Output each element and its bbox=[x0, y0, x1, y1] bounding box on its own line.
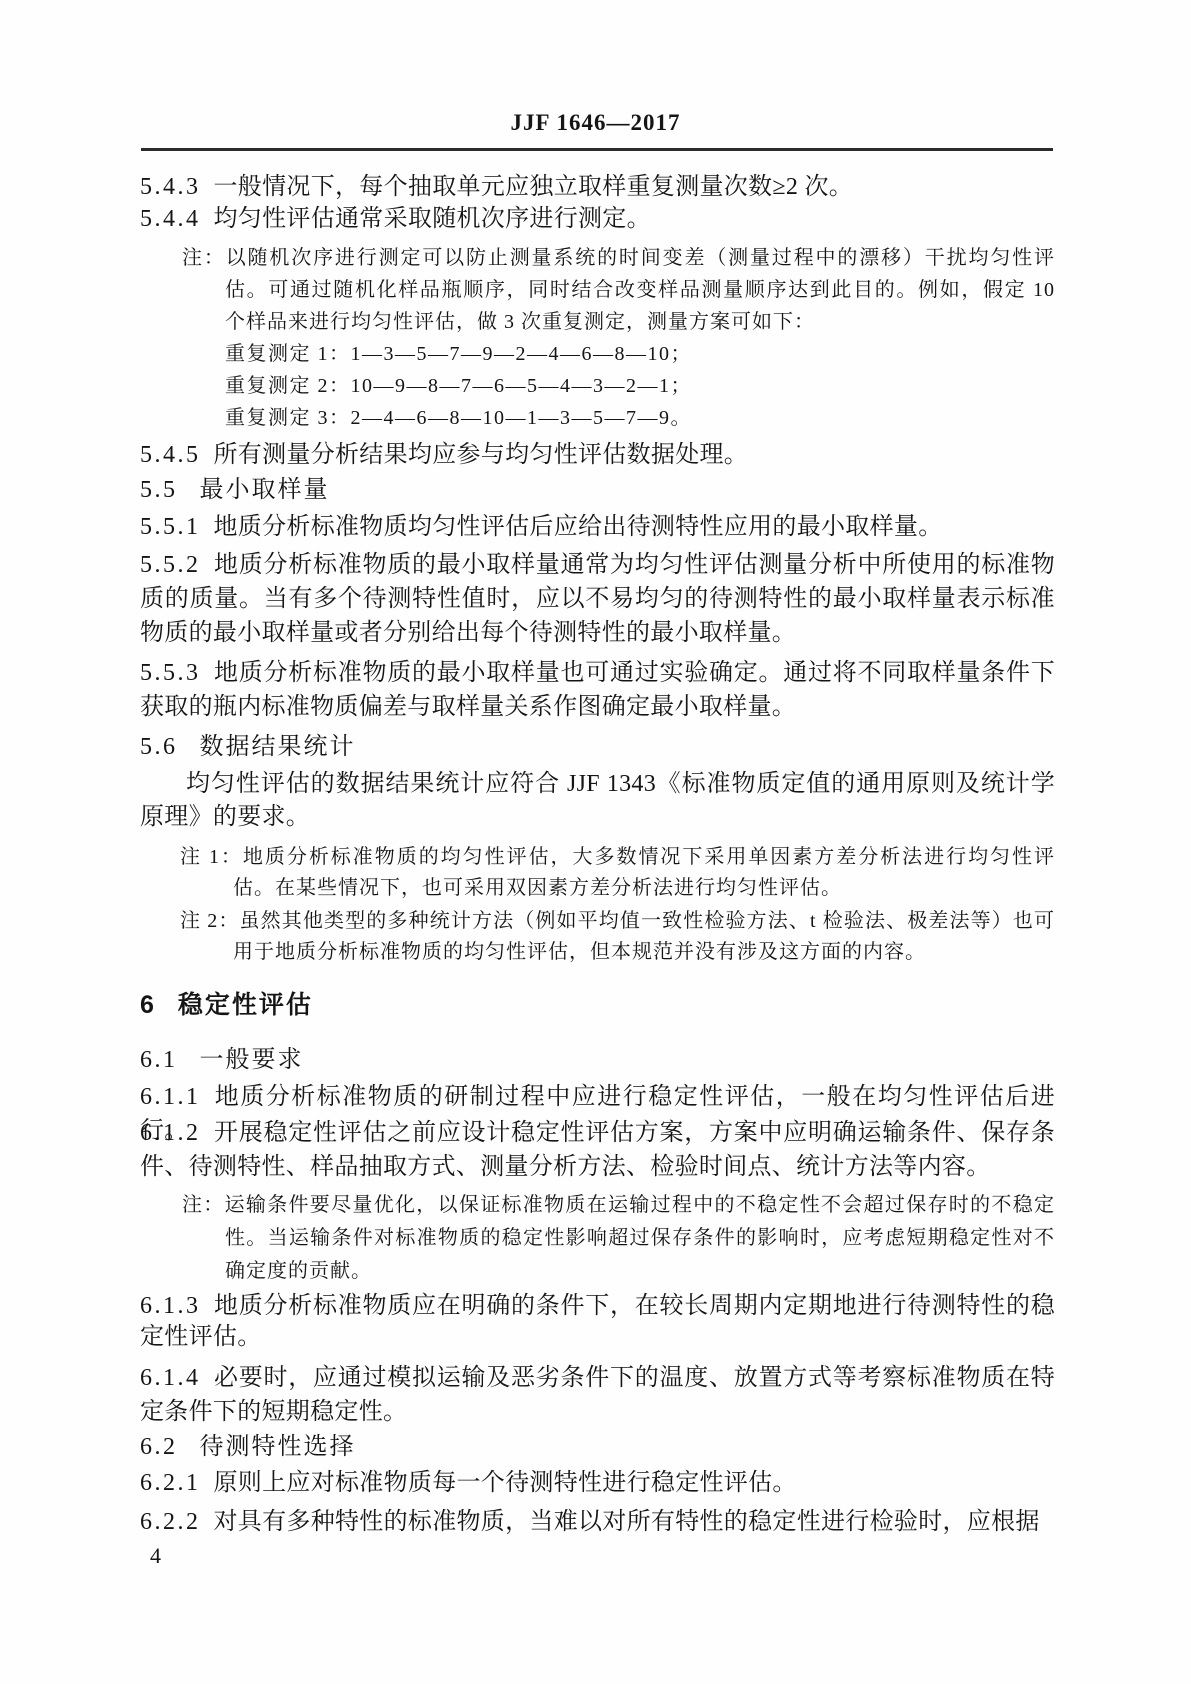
note-label: 注 1： bbox=[180, 846, 243, 868]
clause-number: 5.5.3 bbox=[140, 660, 201, 686]
measurement-sequence-1: 重复测定 1：1—3—5—7—9—2—4—6—8—10； bbox=[225, 338, 1055, 370]
heading-number: 6.1 bbox=[140, 1047, 178, 1073]
clause-number: 5.4.5 bbox=[140, 442, 201, 468]
clause-text: 对具有多种特性的标准物质，当难以对所有特性的稳定性进行检验时，应根据 bbox=[214, 1509, 1040, 1535]
note-label: 注： bbox=[182, 247, 226, 269]
clause-number: 5.5.1 bbox=[140, 514, 201, 540]
clause-6-2-1: 6.2.1原则上应对标准物质每一个待测特性进行稳定性评估。 bbox=[140, 1466, 1055, 1500]
note-text: 运输条件要尽量优化，以保证标准物质在运输过程中的不稳定性不会超过保存时的不稳定性… bbox=[225, 1194, 1055, 1282]
clause-text: 必要时，应通过模拟运输及恶劣条件下的温度、放置方式等考察标准物质在特定条件下的短… bbox=[140, 1365, 1055, 1425]
note-paragraph: 注 2：虽然其他类型的多种统计方法（例如平均值一致性检验方法、t 检验法、极差法… bbox=[140, 906, 1055, 968]
standard-number-header: JJF 1646—2017 bbox=[0, 110, 1191, 136]
clause-number: 6.2.2 bbox=[140, 1509, 201, 1535]
clause-number: 6.1.2 bbox=[140, 1120, 201, 1146]
heading-title: 一般要求 bbox=[200, 1047, 304, 1073]
clause-number: 6.1.4 bbox=[140, 1365, 201, 1391]
clause-number: 5.4.3 bbox=[140, 174, 201, 200]
paragraph-5-6: 均匀性评估的数据结果统计应符合 JJF 1343《标准物质定值的通用原则及统计学… bbox=[140, 768, 1055, 834]
clause-text: 均匀性评估通常采取随机次序进行测定。 bbox=[214, 206, 651, 232]
clause-5-5-3: 5.5.3地质分析标准物质的最小取样量也可通过实验确定。通过将不同取样量条件下获… bbox=[140, 656, 1055, 724]
clause-text: 地质分析标准物质应在明确的条件下，在较长周期内定期地进行待测特性的稳定性评估。 bbox=[140, 1293, 1055, 1350]
note-paragraph: 注 1：地质分析标准物质的均匀性评估，大多数情况下采用单因素方差分析法进行均匀性… bbox=[140, 842, 1055, 904]
clause-text: 原则上应对标准物质每一个待测特性进行稳定性评估。 bbox=[214, 1470, 797, 1496]
clause-number: 6.1.3 bbox=[140, 1293, 201, 1319]
measurement-sequence-2: 重复测定 2：10—9—8—7—6—5—4—3—2—1； bbox=[225, 370, 1055, 402]
subsection-heading-6-2: 6.2待测特性选择 bbox=[140, 1430, 1055, 1464]
clause-number: 6.2.1 bbox=[140, 1470, 201, 1496]
heading-title: 待测特性选择 bbox=[200, 1434, 356, 1460]
clause-6-1-3: 6.1.3地质分析标准物质应在明确的条件下，在较长周期内定期地进行待测特性的稳定… bbox=[140, 1291, 1055, 1353]
note-label: 注 2： bbox=[180, 910, 240, 932]
note-text: 地质分析标准物质的均匀性评估，大多数情况下采用单因素方差分析法进行均匀性评估。在… bbox=[233, 846, 1055, 899]
subsection-heading-5-6: 5.6数据结果统计 bbox=[140, 730, 1055, 764]
heading-number: 5.6 bbox=[140, 734, 178, 760]
clause-6-1-4: 6.1.4必要时，应通过模拟运输及恶劣条件下的温度、放置方式等考察标准物质在特定… bbox=[140, 1361, 1055, 1429]
note-6-1-2: 注：运输条件要尽量优化，以保证标准物质在运输过程中的不稳定性不会超过保存时的不稳… bbox=[140, 1189, 1055, 1288]
page-number: 4 bbox=[150, 1543, 161, 1569]
note-text: 以随机次序进行测定可以防止测量系统的时间变差（测量过程中的漂移）干扰均匀性评估。… bbox=[225, 247, 1055, 333]
measurement-sequence-3: 重复测定 3：2—4—6—8—10—1—3—5—7—9。 bbox=[225, 402, 1055, 434]
clause-text: 开展稳定性评估之前应设计稳定性评估方案，方案中应明确运输条件、保存条件、待测特性… bbox=[140, 1120, 1055, 1180]
heading-number: 5.5 bbox=[140, 477, 178, 503]
clause-5-5-1: 5.5.1地质分析标准物质均匀性评估后应给出待测特性应用的最小取样量。 bbox=[140, 510, 1055, 544]
clause-text: 所有测量分析结果均应参与均匀性评估数据处理。 bbox=[214, 442, 749, 468]
header-rule bbox=[141, 148, 1053, 151]
subsection-heading-5-5: 5.5最小取样量 bbox=[140, 473, 1055, 507]
document-page: JJF 1646—2017 5.4.3一般情况下，每个抽取单元应独立取样重复测量… bbox=[0, 0, 1191, 1684]
clause-number: 6.1.1 bbox=[140, 1084, 201, 1110]
heading-number: 6.2 bbox=[140, 1434, 178, 1460]
clause-text: 地质分析标准物质的最小取样量也可通过实验确定。通过将不同取样量条件下获取的瓶内标… bbox=[140, 660, 1055, 720]
note-label: 注： bbox=[182, 1194, 225, 1216]
note-text: 虽然其他类型的多种统计方法（例如平均值一致性检验方法、t 检验法、极差法等）也可… bbox=[233, 910, 1055, 963]
chapter-heading-6: 6稳定性评估 bbox=[140, 990, 1055, 1020]
note-5-4-4: 注：以随机次序进行测定可以防止测量系统的时间变差（测量过程中的漂移）干扰均匀性评… bbox=[140, 242, 1055, 434]
heading-title: 稳定性评估 bbox=[178, 991, 313, 1019]
clause-5-5-2: 5.5.2地质分析标准物质的最小取样量通常为均匀性评估测量分析中所使用的标准物质… bbox=[140, 548, 1055, 650]
clause-number: 5.5.2 bbox=[140, 552, 201, 578]
clause-text: 地质分析标准物质的最小取样量通常为均匀性评估测量分析中所使用的标准物质的质量。当… bbox=[140, 552, 1055, 646]
clause-text: 一般情况下，每个抽取单元应独立取样重复测量次数≥2 次。 bbox=[214, 174, 854, 200]
heading-title: 数据结果统计 bbox=[200, 734, 356, 760]
clause-5-4-3: 5.4.3一般情况下，每个抽取单元应独立取样重复测量次数≥2 次。 bbox=[140, 170, 1055, 204]
clause-6-2-2: 6.2.2对具有多种特性的标准物质，当难以对所有特性的稳定性进行检验时，应根据 bbox=[140, 1505, 1055, 1539]
clause-6-1-2: 6.1.2开展稳定性评估之前应设计稳定性评估方案，方案中应明确运输条件、保存条件… bbox=[140, 1116, 1055, 1184]
heading-number: 6 bbox=[140, 991, 154, 1019]
clause-5-4-5: 5.4.5所有测量分析结果均应参与均匀性评估数据处理。 bbox=[140, 438, 1055, 472]
note-paragraph: 注：以随机次序进行测定可以防止测量系统的时间变差（测量过程中的漂移）干扰均匀性评… bbox=[140, 242, 1055, 338]
note-paragraph: 注：运输条件要尽量优化，以保证标准物质在运输过程中的不稳定性不会超过保存时的不稳… bbox=[140, 1189, 1055, 1288]
clause-5-4-4: 5.4.4均匀性评估通常采取随机次序进行测定。 bbox=[140, 202, 1055, 236]
heading-title: 最小取样量 bbox=[200, 477, 330, 503]
note-1-5-6: 注 1：地质分析标准物质的均匀性评估，大多数情况下采用单因素方差分析法进行均匀性… bbox=[140, 842, 1055, 904]
clause-text: 地质分析标准物质均匀性评估后应给出待测特性应用的最小取样量。 bbox=[214, 514, 943, 540]
subsection-heading-6-1: 6.1一般要求 bbox=[140, 1043, 1055, 1077]
clause-number: 5.4.4 bbox=[140, 206, 201, 232]
note-2-5-6: 注 2：虽然其他类型的多种统计方法（例如平均值一致性检验方法、t 检验法、极差法… bbox=[140, 906, 1055, 968]
